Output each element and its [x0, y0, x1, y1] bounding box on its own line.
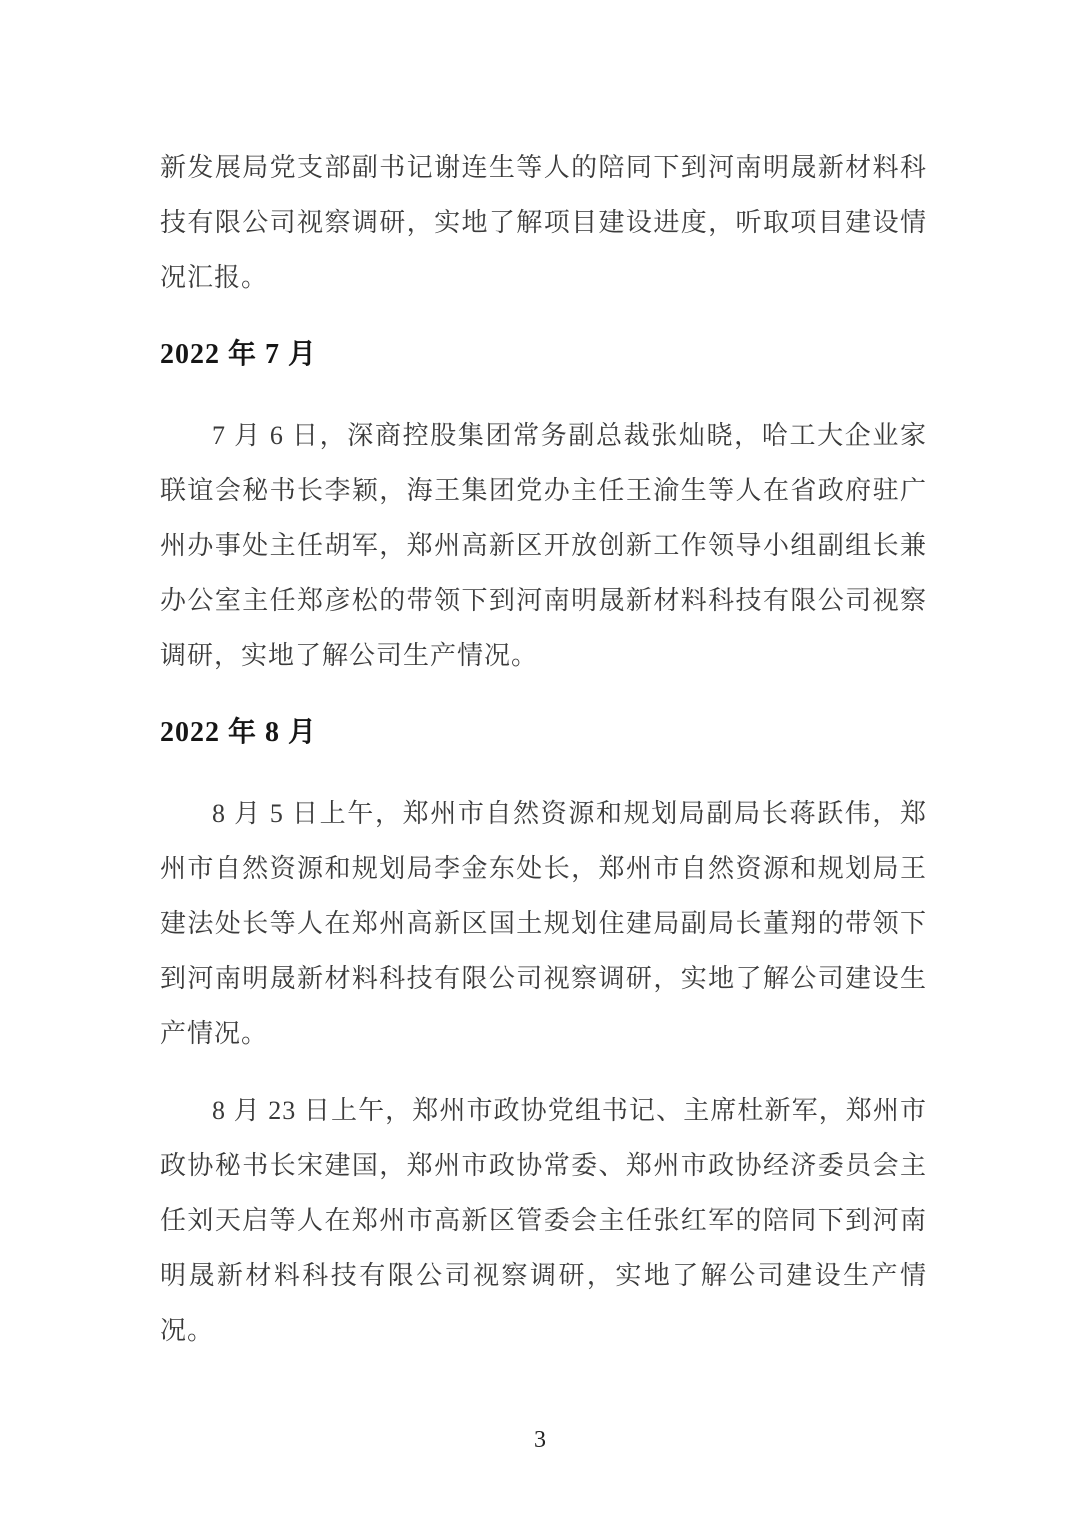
section-heading-2022-07: 2022 年 7 月	[160, 327, 927, 382]
paragraph-continuation: 新发展局党支部副书记谢连生等人的陪同下到河南明晟新材料科技有限公司视察调研，实地…	[160, 140, 927, 305]
document-content: 新发展局党支部副书记谢连生等人的陪同下到河南明晟新材料科技有限公司视察调研，实地…	[160, 140, 927, 1380]
document-page: 新发展局党支部副书记谢连生等人的陪同下到河南明晟新材料科技有限公司视察调研，实地…	[0, 0, 1080, 1528]
paragraph-august-5: 8 月 5 日上午，郑州市自然资源和规划局副局长蒋跃伟，郑州市自然资源和规划局李…	[160, 786, 927, 1061]
section-heading-2022-08: 2022 年 8 月	[160, 705, 927, 760]
page-number: 3	[0, 1427, 1080, 1454]
paragraph-august-23: 8 月 23 日上午，郑州市政协党组书记、主席杜新军，郑州市政协秘书长宋建国，郑…	[160, 1083, 927, 1358]
paragraph-july-6: 7 月 6 日，深商控股集团常务副总裁张灿晓，哈工大企业家联谊会秘书长李颖，海王…	[160, 408, 927, 683]
